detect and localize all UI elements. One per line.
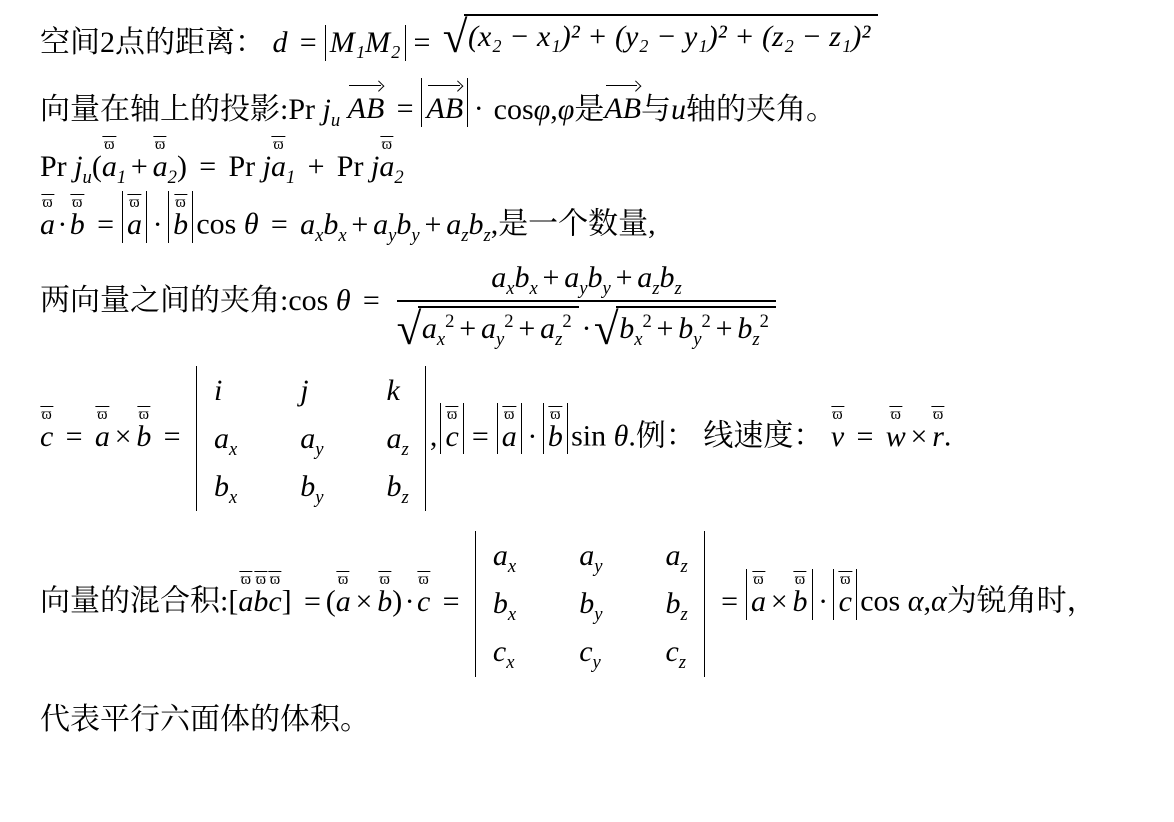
varpi-bar-icon: ϖ xyxy=(174,194,187,211)
radicand-text: (x₂ − x₁)² + (y₂ − y₁)² + (z₂ − z₁)² xyxy=(468,20,870,53)
comma: , xyxy=(923,585,931,618)
var-theta: θ xyxy=(336,284,351,317)
det-cell: bx xyxy=(493,588,516,620)
equals-sign: = xyxy=(397,92,414,125)
operator-Pr: Pr xyxy=(337,150,364,183)
fraction-denominator: √ax2+ay2+az2 · √bx2+by2+bz2 xyxy=(397,300,777,347)
var-a: a xyxy=(493,539,508,572)
equals-sign: = xyxy=(271,208,288,241)
var-a: a xyxy=(214,422,229,455)
formula-line-angle: 两向量之间的夹角:cos θ = axbx+ayby+azbz √ax2+ay2… xyxy=(40,259,1174,348)
chinese-label-projection: 向量在轴上的投影: xyxy=(40,92,288,125)
varpi-bar-icon: ϖ xyxy=(446,406,459,423)
sub-y: y xyxy=(593,652,601,673)
varpi-bar-icon: ϖ xyxy=(380,136,393,153)
times-sign: × xyxy=(911,420,928,453)
var-c: c xyxy=(417,585,430,618)
operator-cos: cos xyxy=(288,284,328,317)
var-b: b xyxy=(387,470,402,503)
abs-bars-c: ϖc xyxy=(440,403,464,454)
plus-sign: + xyxy=(716,312,733,345)
operator-cos: cos xyxy=(196,208,236,241)
var-k: k xyxy=(387,374,400,407)
var-a: a xyxy=(637,261,652,294)
var-a: a xyxy=(665,539,680,572)
var-a: a xyxy=(300,208,315,241)
sup-2: 2 xyxy=(760,311,769,332)
sup-2: 2 xyxy=(562,311,571,332)
var-c: c xyxy=(665,635,678,668)
sub-z: z xyxy=(675,278,682,299)
var-a: a xyxy=(336,585,351,618)
square-root-b: √bx2+by2+bz2 xyxy=(594,306,777,348)
chinese-text-is: 是 xyxy=(574,92,604,125)
equals-sign: = xyxy=(304,585,321,618)
sub-u: u xyxy=(331,109,340,130)
varpi-bar-icon: ϖ xyxy=(128,194,141,211)
vector-a: ϖa xyxy=(127,194,142,241)
var-c: c xyxy=(579,635,592,668)
vector-a: ϖa xyxy=(95,406,110,453)
var-theta: θ xyxy=(244,208,259,241)
det-cell: ax xyxy=(214,423,237,455)
var-a: a xyxy=(102,150,117,183)
var-j: j xyxy=(263,150,271,183)
sub-x: x xyxy=(437,329,445,350)
sub-y: y xyxy=(315,439,323,460)
var-a: a xyxy=(540,312,555,345)
varpi-bar-icon: ϖ xyxy=(272,136,285,153)
vector-arrow-icon xyxy=(349,85,381,86)
operator-cos: cos xyxy=(494,92,534,125)
abs-bars-M1M2: M₁M₂ xyxy=(325,25,406,61)
document-body: 空间2点的距离： d =M₁M₂= √(x₂ − x₁)² + (y₂ − y₁… xyxy=(0,0,1174,738)
sub-y: y xyxy=(315,487,323,508)
sub-x: x xyxy=(229,487,237,508)
sub-x: x xyxy=(529,278,537,299)
var-a: a xyxy=(300,422,315,455)
var-j: j xyxy=(371,150,379,183)
vector-b: ϖb xyxy=(793,571,808,618)
chinese-text-scalar: ,是一个数量, xyxy=(491,208,656,241)
sub-x: x xyxy=(508,604,516,625)
varpi-bar-icon: ϖ xyxy=(831,406,844,423)
vector-w: ϖw xyxy=(886,406,906,453)
sub-x: x xyxy=(229,439,237,460)
plus-sign: + xyxy=(657,312,674,345)
sub-1: 1 xyxy=(117,167,126,188)
times-sign: × xyxy=(115,420,132,453)
vector-b: ϖb xyxy=(70,194,85,241)
varpi-bar-icon: ϖ xyxy=(71,194,84,211)
varpi-bar-icon: ϖ xyxy=(137,406,150,423)
square-root: √(x₂ − x₁)² + (y₂ − y₁)² + (z₂ − z₁)² xyxy=(443,14,878,56)
vector-AB: AB xyxy=(348,80,385,125)
vector-b: ϖb xyxy=(253,571,268,618)
abs-bars-b: ϖb xyxy=(168,191,193,242)
left-paren: ( xyxy=(326,585,336,618)
sub-y: y xyxy=(603,278,611,299)
var-w: w xyxy=(886,420,906,453)
text-line-parallelepiped: 代表平行六面体的体积。 xyxy=(40,701,1174,739)
equals-sign: = xyxy=(164,420,181,453)
right-paren: ) xyxy=(177,150,187,183)
var-b: b xyxy=(173,208,188,241)
varpi-bar-icon: ϖ xyxy=(378,571,391,588)
var-a: a xyxy=(481,312,496,345)
radicand-b: bx2+by2+bz2 xyxy=(616,306,777,348)
vector-c: ϖc xyxy=(839,571,852,618)
det-cell: bz xyxy=(665,588,687,620)
comma: , xyxy=(430,420,438,453)
vector-a: ϖa xyxy=(751,571,766,618)
var-b: b xyxy=(665,587,680,620)
cdot-sign: · xyxy=(153,208,163,241)
sub-x: x xyxy=(634,329,642,350)
dot-product-components: axbx+ayby+azbz xyxy=(300,208,491,241)
var-M1M2: M₁M₂ xyxy=(330,26,401,59)
equals-sign: = xyxy=(66,420,83,453)
var-i: i xyxy=(214,374,222,407)
var-u: u xyxy=(671,92,686,125)
vector-b: ϖb xyxy=(136,406,151,453)
var-r: r xyxy=(932,420,944,453)
sub-y: y xyxy=(594,556,602,577)
varpi-bar-icon: ϖ xyxy=(839,571,852,588)
vector-a: ϖa xyxy=(238,571,253,618)
determinant-abc: ax ay az bx by bz cx cy cz xyxy=(475,531,705,677)
var-a: a xyxy=(579,539,594,572)
abs-bars-c: ϖc xyxy=(833,569,857,620)
var-AB: AB xyxy=(427,92,464,125)
varpi-bar-icon: ϖ xyxy=(417,571,430,588)
var-a: a xyxy=(564,261,579,294)
times-sign: × xyxy=(771,585,788,618)
varpi-bar-icon: ϖ xyxy=(752,571,765,588)
cdot-sign: · xyxy=(57,208,67,241)
sub-2: 2 xyxy=(168,167,177,188)
var-b: b xyxy=(579,587,594,620)
abs-bars-b: ϖb xyxy=(543,403,568,454)
vector-AB: AB xyxy=(427,80,464,125)
varpi-bar-icon: ϖ xyxy=(793,571,806,588)
abs-bars-AB: AB xyxy=(421,78,468,128)
formula-line-distance: 空间2点的距离： d =M₁M₂= √(x₂ − x₁)² + (y₂ − y₁… xyxy=(40,14,1174,62)
right-paren: ) xyxy=(392,585,402,618)
det-cell: by xyxy=(579,588,602,620)
sub-y: y xyxy=(693,329,701,350)
det-cell: cx xyxy=(493,636,516,668)
varpi-bar-icon: ϖ xyxy=(337,571,350,588)
det-cell: az xyxy=(387,423,409,455)
sub-z: z xyxy=(680,604,687,625)
sub-2: 2 xyxy=(394,167,403,188)
vector-a1: ϖa xyxy=(271,136,286,183)
left-bracket: [ xyxy=(228,585,238,618)
formula-line-cross-product: ϖc = ϖa×ϖb = i j k ax ay az bx by bz ,ϖc… xyxy=(40,366,1174,512)
times-sign: × xyxy=(355,585,372,618)
varpi-bar-icon: ϖ xyxy=(96,406,109,423)
plus-sign: + xyxy=(616,261,633,294)
cdot-sign: · xyxy=(582,310,592,348)
var-b: b xyxy=(619,312,634,345)
vector-b: ϖb xyxy=(548,406,563,453)
equals-sign: = xyxy=(300,26,317,59)
vector-AB: AB xyxy=(604,80,641,125)
var-b: b xyxy=(300,470,315,503)
chinese-text-acute-angle: 为锐角时， xyxy=(947,585,1097,618)
var-a: a xyxy=(387,422,402,455)
det-cell: bz xyxy=(387,471,409,503)
sup-2: 2 xyxy=(702,311,711,332)
determinant-ijk: i j k ax ay az bx by bz xyxy=(196,366,426,512)
equals-sign: = xyxy=(414,26,431,59)
equals-sign: = xyxy=(97,208,114,241)
var-a: a xyxy=(446,208,461,241)
det-cell: ax xyxy=(493,540,516,572)
det-cell: ay xyxy=(300,423,323,455)
plus-sign: + xyxy=(518,312,535,345)
abs-bars-a: ϖa xyxy=(122,191,147,242)
var-c: c xyxy=(40,420,53,453)
sup-2: 2 xyxy=(445,311,454,332)
vector-arrow-icon xyxy=(428,85,460,86)
vector-c: ϖc xyxy=(268,571,281,618)
sub-z: z xyxy=(555,329,562,350)
fraction: axbx+ayby+azbz √ax2+ay2+az2 · √bx2+by2+b… xyxy=(397,259,777,348)
var-a: a xyxy=(502,420,517,453)
sub-z: z xyxy=(402,487,409,508)
cdot-sign: · xyxy=(818,585,828,618)
var-a: a xyxy=(271,150,286,183)
varpi-bar-icon: ϖ xyxy=(40,406,53,423)
sub-y: y xyxy=(579,278,587,299)
det-cell: bx xyxy=(214,471,237,503)
equals-sign: = xyxy=(443,585,460,618)
var-d: d xyxy=(273,26,288,59)
radicand-distance: (x₂ − x₁)² + (y₂ − y₁)² + (z₂ − z₁)² xyxy=(464,14,877,56)
sub-z: z xyxy=(483,225,490,246)
plus-sign: + xyxy=(543,261,560,294)
chinese-text-example: .例： xyxy=(628,420,696,453)
var-alpha: α xyxy=(908,585,924,618)
var-a: a xyxy=(491,261,506,294)
vector-c: ϖc xyxy=(417,571,430,618)
chinese-label-distance: 空间2点的距离： xyxy=(40,26,265,59)
plus-sign: + xyxy=(424,208,441,241)
varpi-bar-icon: ϖ xyxy=(889,406,902,423)
var-a: a xyxy=(379,150,394,183)
var-AB: AB xyxy=(348,92,385,125)
det-cell: by xyxy=(300,471,323,503)
chinese-text-with: 与 xyxy=(641,92,671,125)
sub-1: 1 xyxy=(286,167,295,188)
sub-z: z xyxy=(752,329,759,350)
sub-y: y xyxy=(496,329,504,350)
var-b: b xyxy=(468,208,483,241)
var-b: b xyxy=(323,208,338,241)
var-b: b xyxy=(678,312,693,345)
var-v: v xyxy=(831,420,844,453)
sub-x: x xyxy=(338,225,346,246)
plus-sign: + xyxy=(459,312,476,345)
det-cell: k xyxy=(387,375,409,407)
det-cell: cy xyxy=(579,636,602,668)
formula-line-dot-product: ϖa·ϖb =ϖa·ϖbcos θ = axbx+ayby+azbz,是一个数量… xyxy=(40,191,1174,243)
var-b: b xyxy=(136,420,151,453)
var-j: j xyxy=(323,92,331,125)
equals-sign: = xyxy=(199,150,216,183)
left-paren: ( xyxy=(92,150,102,183)
var-b: b xyxy=(548,420,563,453)
vector-a: ϖa xyxy=(502,406,517,453)
var-phi: φ xyxy=(534,92,551,125)
var-c: c xyxy=(493,635,506,668)
var-b: b xyxy=(737,312,752,345)
sup-2: 2 xyxy=(504,311,513,332)
var-alpha: α xyxy=(931,585,947,618)
det-cell: cz xyxy=(665,636,687,668)
equals-sign: = xyxy=(856,420,873,453)
cdot-sign: · xyxy=(405,585,415,618)
vector-a2: ϖa xyxy=(153,136,168,183)
varpi-bar-icon: ϖ xyxy=(41,194,54,211)
sup-2: 2 xyxy=(642,311,651,332)
chinese-label-mixed-product: 向量的混合积: xyxy=(40,585,228,618)
var-b: b xyxy=(493,587,508,620)
operator-Pr: Pr xyxy=(288,92,315,125)
chinese-label-angle: 两向量之间的夹角: xyxy=(40,284,288,317)
vector-c: ϖc xyxy=(446,406,459,453)
var-a: a xyxy=(95,420,110,453)
varpi-bar-icon: ϖ xyxy=(239,571,252,588)
sub-u: u xyxy=(83,167,92,188)
comma: , xyxy=(550,92,558,125)
chinese-text-linear-velocity: 线速度： xyxy=(703,420,823,453)
var-b: b xyxy=(793,585,808,618)
vector-a2: ϖa xyxy=(379,136,394,183)
var-a: a xyxy=(422,312,437,345)
plus-sign: + xyxy=(351,208,368,241)
sub-z: z xyxy=(679,652,686,673)
chinese-text-volume: 代表平行六面体的体积。 xyxy=(40,703,370,736)
var-c: c xyxy=(839,585,852,618)
varpi-bar-icon: ϖ xyxy=(268,571,281,588)
var-a: a xyxy=(373,208,388,241)
varpi-bar-icon: ϖ xyxy=(154,136,167,153)
varpi-bar-icon: ϖ xyxy=(503,406,516,423)
det-cell: az xyxy=(665,540,687,572)
var-a: a xyxy=(153,150,168,183)
var-b: b xyxy=(253,585,268,618)
equals-sign: = xyxy=(363,284,380,317)
plus-sign: + xyxy=(131,150,148,183)
varpi-bar-icon: ϖ xyxy=(931,406,944,423)
var-b: b xyxy=(70,208,85,241)
var-b: b xyxy=(660,261,675,294)
operator-Pr: Pr xyxy=(228,150,255,183)
cdot-sign: · xyxy=(474,92,484,125)
right-bracket: ] xyxy=(282,585,292,618)
sub-y: y xyxy=(594,604,602,625)
var-a: a xyxy=(238,585,253,618)
var-b: b xyxy=(588,261,603,294)
vector-a: ϖa xyxy=(336,571,351,618)
equals-sign: = xyxy=(472,420,489,453)
var-a: a xyxy=(751,585,766,618)
abs-bars-a: ϖa xyxy=(497,403,522,454)
vector-arrow-icon xyxy=(606,85,638,86)
var-c: c xyxy=(268,585,281,618)
square-root-a: √ax2+ay2+az2 xyxy=(397,306,580,348)
var-j: j xyxy=(300,374,308,407)
sub-x: x xyxy=(506,652,514,673)
formula-line-mixed-product: 向量的混合积:[ϖaϖbϖc] =(ϖa×ϖb)·ϖc = ax ay az b… xyxy=(40,531,1174,677)
vector-b: ϖb xyxy=(173,194,188,241)
vector-b: ϖb xyxy=(377,571,392,618)
operator-Pr: Pr xyxy=(40,150,67,183)
var-a: a xyxy=(40,208,55,241)
operator-cos: cos xyxy=(860,585,900,618)
varpi-bar-icon: ϖ xyxy=(103,136,116,153)
vector-c: ϖc xyxy=(40,406,53,453)
var-a: a xyxy=(127,208,142,241)
sub-z: z xyxy=(402,439,409,460)
vector-a1: ϖa xyxy=(102,136,117,183)
det-cell: i xyxy=(214,375,237,407)
var-b: b xyxy=(514,261,529,294)
det-cell: j xyxy=(300,375,323,407)
radicand-a: ax2+ay2+az2 xyxy=(418,306,579,348)
formula-line-projection-sum: Pr ju(ϖa1+ϖa2) = Pr jϖa1 + Pr jϖa2 xyxy=(40,136,1174,186)
var-c: c xyxy=(446,420,459,453)
equals-sign: = xyxy=(721,585,738,618)
vector-v: ϖv xyxy=(831,406,844,453)
var-AB: AB xyxy=(604,92,641,125)
varpi-bar-icon: ϖ xyxy=(254,571,267,588)
fraction-numerator: axbx+ayby+azbz xyxy=(397,259,777,300)
operator-sin: sin xyxy=(571,420,606,453)
var-b: b xyxy=(214,470,229,503)
sub-x: x xyxy=(508,556,516,577)
vector-r: ϖr xyxy=(932,406,944,453)
formula-line-projection: 向量在轴上的投影:Pr ju AB =AB· cosφ,φ是AB与u轴的夹角。 xyxy=(40,78,1174,128)
var-b: b xyxy=(377,585,392,618)
abs-bars-a-cross-b: ϖa×ϖb xyxy=(746,569,813,620)
var-b: b xyxy=(396,208,411,241)
sub-z: z xyxy=(680,556,687,577)
varpi-bar-icon: ϖ xyxy=(549,406,562,423)
chinese-text-axis-angle: 轴的夹角。 xyxy=(686,92,836,125)
period: . xyxy=(944,420,952,453)
var-theta: θ xyxy=(614,420,629,453)
var-j: j xyxy=(74,150,82,183)
sub-y: y xyxy=(411,225,419,246)
cdot-sign: · xyxy=(527,420,537,453)
det-cell: ay xyxy=(579,540,602,572)
vector-a: ϖa xyxy=(40,194,55,241)
plus-sign: + xyxy=(308,150,325,183)
sub-z: z xyxy=(652,278,659,299)
var-phi: φ xyxy=(558,92,575,125)
